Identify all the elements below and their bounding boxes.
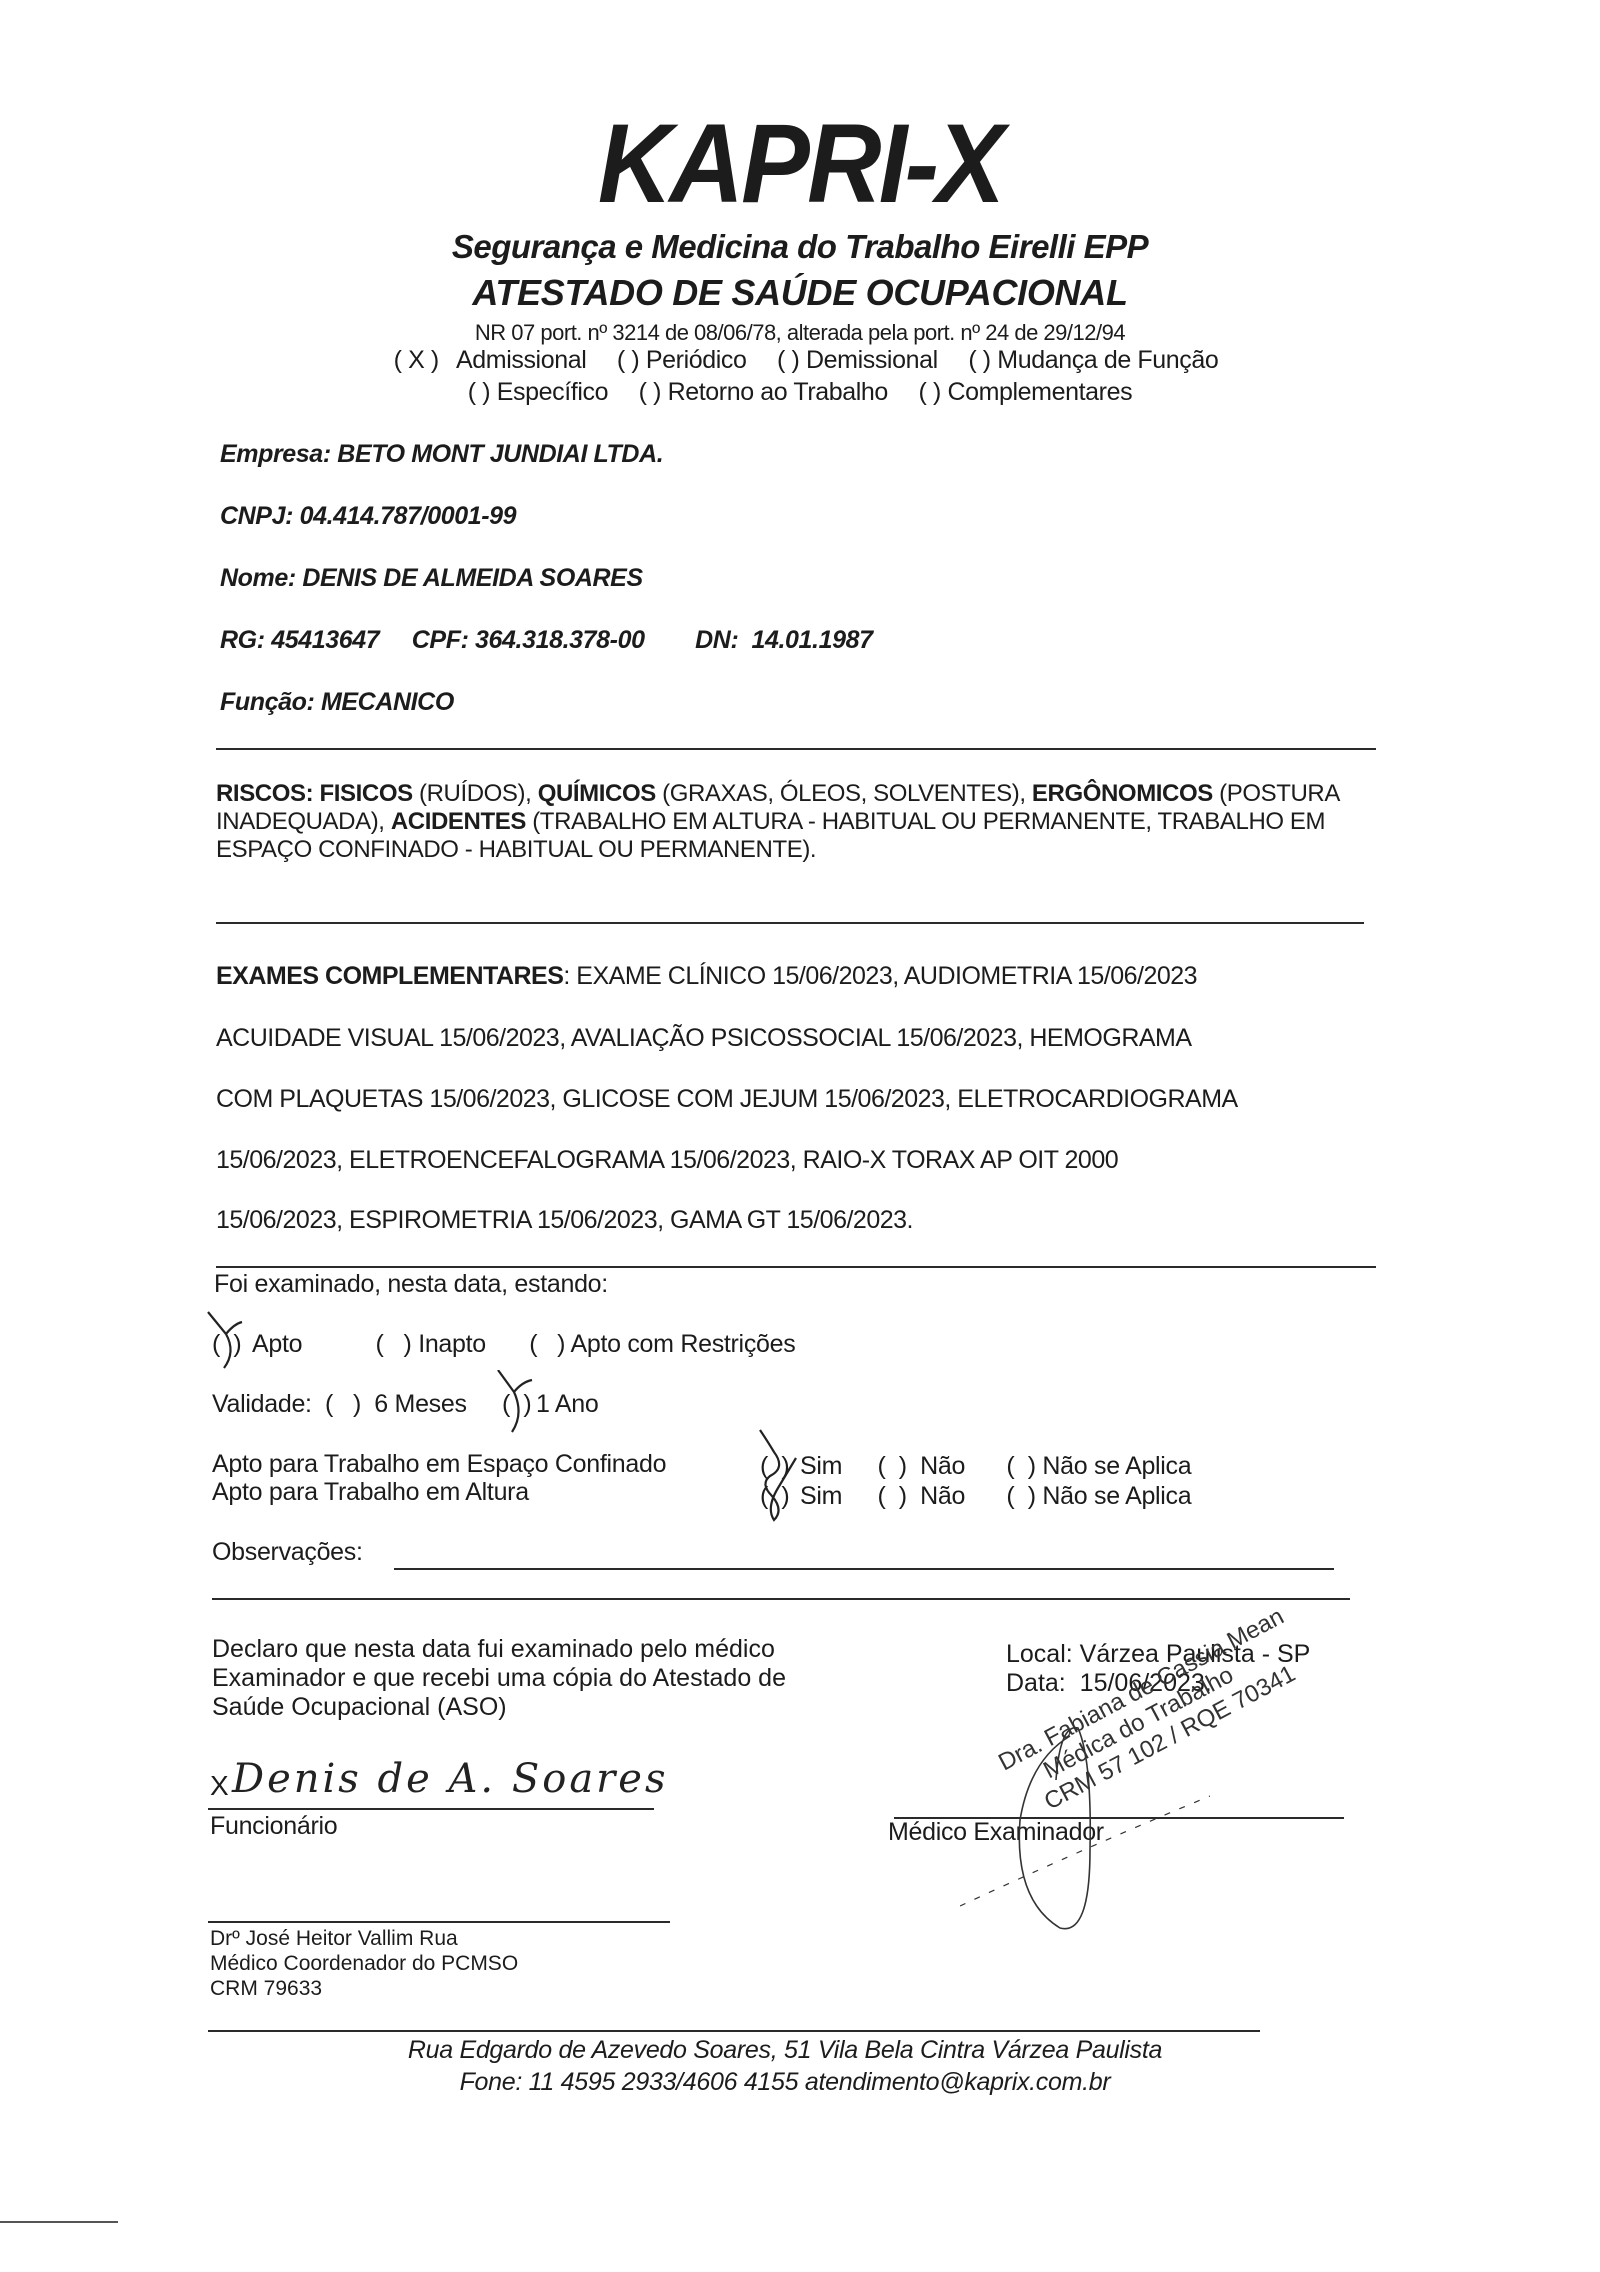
name-value: DENIS DE ALMEIDA SOARES — [302, 564, 642, 592]
exams-line-3: COM PLAQUETAS 15/06/2023, GLICOSE COM JE… — [216, 1085, 1238, 1114]
coordinator-crm: CRM 79633 — [210, 1976, 518, 2001]
cpf-value: 364.318.378-00 — [475, 626, 645, 654]
exams-line-5: 15/06/2023, ESPIROMETRIA 15/06/2023, GAM… — [216, 1206, 913, 1235]
exams-line-4: 15/06/2023, ELETROENCEFALOGRAMA 15/06/20… — [216, 1146, 1118, 1175]
handwritten-check-icon — [206, 1310, 252, 1376]
declaration-text: Declaro que nesta data fui examinado pel… — [212, 1635, 852, 1722]
fitness-apto-option[interactable]: ( ) Apto — [212, 1330, 302, 1359]
cnpj-field: CNPJ: 04.414.787/0001-99 — [220, 502, 516, 531]
function-value: MECANICO — [321, 688, 454, 716]
coordinator-block: Drº José Heitor Vallim Rua Médico Coorde… — [210, 1926, 518, 2001]
coordinator-name: Drº José Heitor Vallim Rua — [210, 1926, 518, 1951]
fitness-inapto-option[interactable]: ( ) Inapto — [376, 1330, 486, 1359]
exam-type-complementares[interactable]: ( ) Complementares — [918, 378, 1132, 406]
result-intro: Foi examinado, nesta data, estando: — [214, 1270, 608, 1299]
exam-type-especifico[interactable]: ( ) Específico — [468, 378, 608, 406]
validity-6-months-option[interactable]: ( ) 6 Meses — [318, 1390, 466, 1419]
height-work-options: ( )Sim ( ) Não ( ) Não se Aplica — [760, 1482, 1191, 1511]
regulation-note: NR 07 port. nº 3214 de 08/06/78, alterad… — [0, 320, 1600, 346]
rg-value: 45413647 — [271, 626, 379, 654]
coordinator-role: Médico Coordenador do PCMSO — [210, 1951, 518, 1976]
confined-space-nao-option[interactable]: ( ) Não — [877, 1452, 965, 1481]
fitness-restricted-option[interactable]: ( ) Apto com Restrições — [529, 1330, 795, 1359]
cnpj-value: 04.414.787/0001-99 — [300, 502, 517, 530]
observations-input-line-2[interactable] — [212, 1598, 1350, 1600]
birthdate-value: 14.01.1987 — [751, 626, 872, 654]
divider — [216, 922, 1364, 924]
documents-field: RG: 45413647 CPF: 364.318.378-00 DN: 14.… — [220, 626, 873, 655]
confined-space-na-option[interactable]: ( ) Não se Aplica — [1006, 1452, 1191, 1481]
company-field: Empresa: BETO MONT JUNDIAI LTDA. — [220, 440, 663, 469]
signature-x-mark: X — [210, 1770, 229, 1802]
handwritten-check-icon — [496, 1370, 542, 1436]
exam-type-mudanca-funcao[interactable]: ( ) Mudança de Função — [968, 346, 1218, 374]
confined-space-options: ( )Sim ( ) Não ( ) Não se Aplica — [760, 1452, 1191, 1481]
validity-row: Validade: ( ) 6 Meses ( ) 1 Ano — [212, 1390, 598, 1419]
function-field: Função: MECANICO — [220, 688, 454, 717]
risks-section: RISCOS: FISICOS (RUÍDOS), QUÍMICOS (GRAX… — [216, 780, 1356, 864]
exam-type-retorno[interactable]: ( ) Retorno ao Trabalho — [639, 378, 888, 406]
company-value: BETO MONT JUNDIAI LTDA. — [337, 440, 663, 468]
document-title: ATESTADO DE SAÚDE OCUPACIONAL — [0, 272, 1600, 314]
coordinator-signature-line — [208, 1921, 670, 1923]
observations-input-line[interactable] — [394, 1568, 1334, 1570]
height-work-label: Apto para Trabalho em Altura — [212, 1478, 529, 1507]
footer-divider — [208, 2030, 1260, 2032]
confined-space-label: Apto para Trabalho em Espaço Confinado — [212, 1450, 666, 1479]
employee-signature[interactable]: Denis de A. Soares — [232, 1756, 669, 1802]
handwritten-check-icon — [756, 1428, 806, 1524]
exam-type-admissional[interactable]: ( X ) Admissional — [382, 346, 587, 374]
exams-line-1: EXAMES COMPLEMENTARES: EXAME CLÍNICO 15/… — [216, 962, 1197, 991]
name-field: Nome: DENIS DE ALMEIDA SOARES — [220, 564, 643, 593]
height-work-nao-option[interactable]: ( ) Não — [877, 1482, 965, 1511]
footer-contact: Fone: 11 4595 2933/4606 4155 atendimento… — [0, 2068, 1570, 2097]
exams-line-2: ACUIDADE VISUAL 15/06/2023, AVALIAÇÃO PS… — [216, 1024, 1192, 1053]
height-work-na-option[interactable]: ( ) Não se Aplica — [1006, 1482, 1191, 1511]
employee-role-label: Funcionário — [210, 1812, 337, 1841]
divider — [216, 748, 1376, 750]
company-subtitle: Segurança e Medicina do Trabalho Eirelli… — [0, 228, 1600, 266]
footer-address: Rua Edgardo de Azevedo Soares, 51 Vila B… — [0, 2036, 1570, 2065]
exam-type-row-1: ( X ) Admissional ( ) Periódico ( ) Demi… — [0, 346, 1600, 375]
observations-label: Observações: — [212, 1538, 363, 1567]
scan-artifact-line — [0, 2221, 118, 2223]
exam-type-row-2: ( ) Específico ( ) Retorno ao Trabalho (… — [0, 378, 1600, 407]
company-logo: KAPRI-X — [64, 108, 1536, 220]
fitness-row: ( ) Apto ( ) Inapto ( ) Apto com Restriç… — [212, 1330, 795, 1359]
validity-1-year-option[interactable]: ( ) 1 Ano — [502, 1390, 598, 1419]
exam-type-periodico[interactable]: ( ) Periódico — [617, 346, 747, 374]
exam-type-demissional[interactable]: ( ) Demissional — [777, 346, 938, 374]
employee-signature-line — [208, 1808, 654, 1810]
divider — [216, 1266, 1376, 1268]
